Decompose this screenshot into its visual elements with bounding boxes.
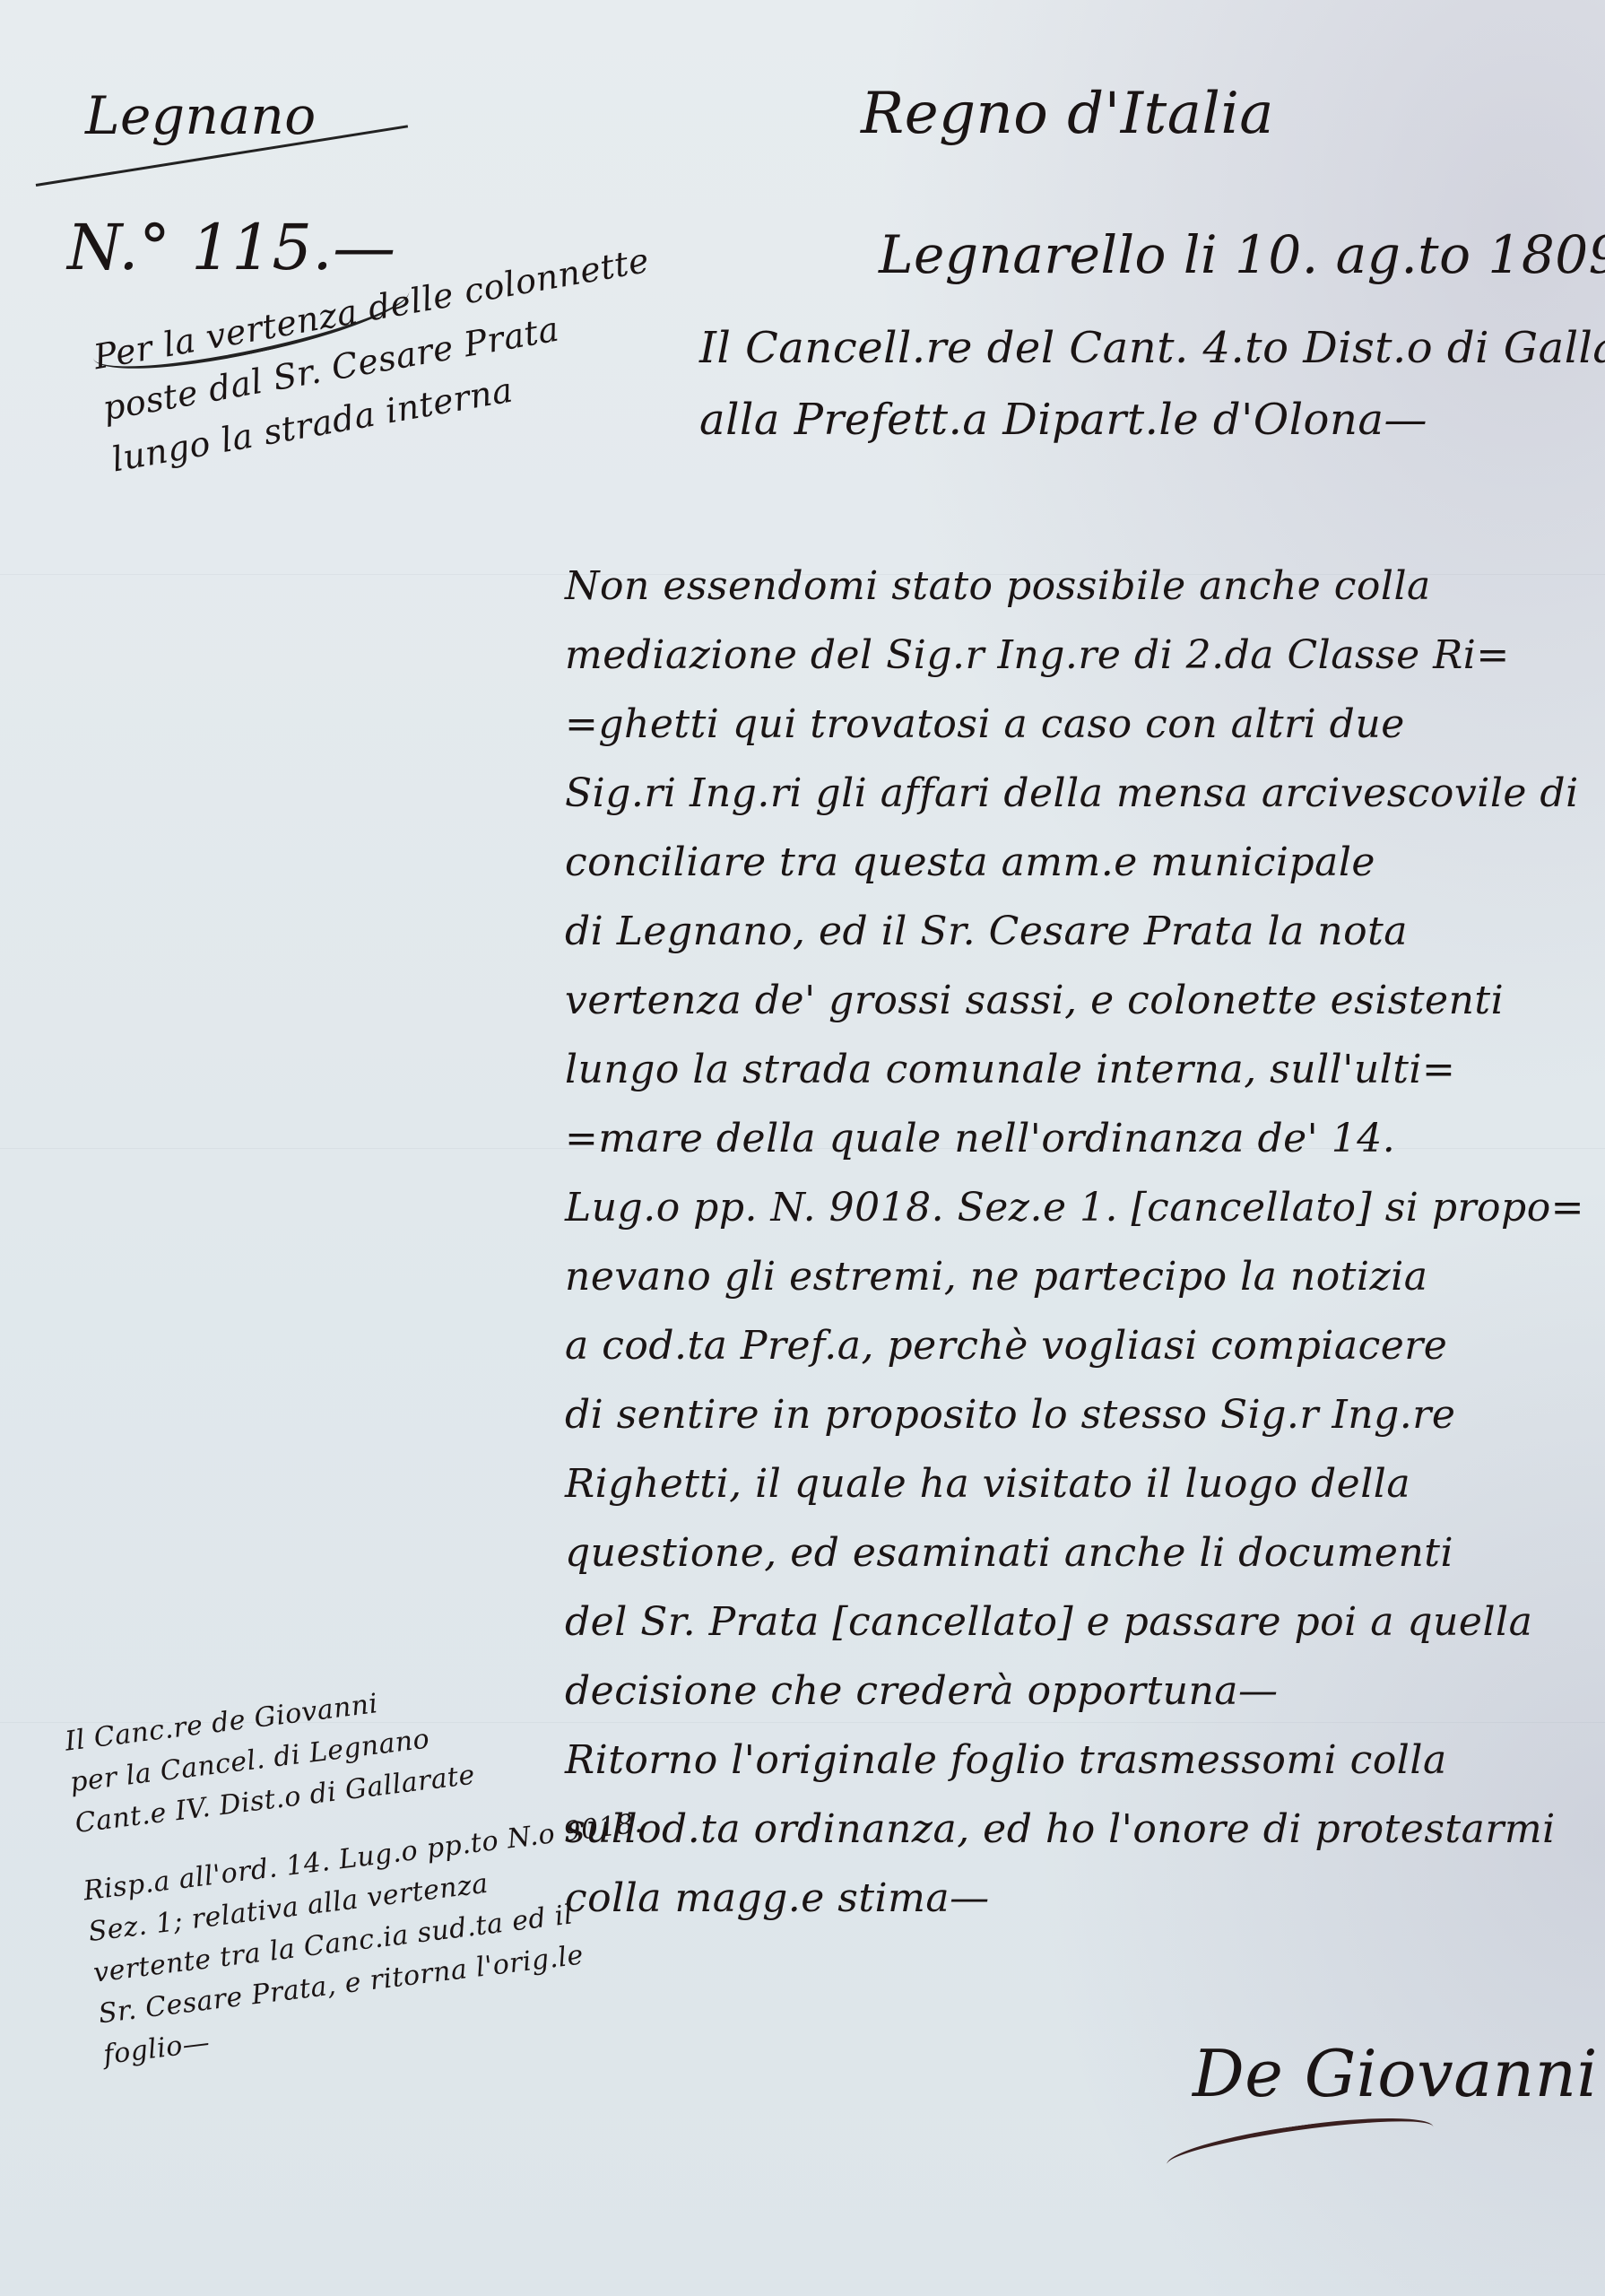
body-line: conciliare tra questa amm.e municipale [565,828,1569,897]
body-line: Righetti, il quale ha visitato il luogo … [565,1449,1569,1518]
body-line: sullod.ta ordinanza, ed ho l'onore di pr… [565,1795,1569,1864]
body-line: lungo la strada comunale interna, sull'u… [565,1035,1569,1104]
body-line: =mare della quale nell'ordinanza de' 14. [565,1104,1569,1173]
body-line: Sig.ri Ing.ri gli affari della mensa arc… [565,759,1569,828]
sender-line: Il Cancell.re del Cant. 4.to Dist.o di G… [699,323,1605,373]
body-line: colla magg.e stima— [565,1864,1569,1933]
signature: De Giovanni [1193,2036,1598,2111]
body-line: a cod.ta Pref.a, perchè vogliasi compiac… [565,1311,1569,1380]
body-line: mediazione del Sig.r Ing.re di 2.da Clas… [565,621,1569,690]
body-line: questione, ed esaminati anche li documen… [565,1518,1569,1587]
body-line: Lug.o pp. N. 9018. Sez.e 1. [cancellato]… [565,1173,1569,1242]
recipient-line: alla Prefett.a Dipart.le d'Olona— [699,395,1427,445]
signature-flourish [1164,2107,1436,2184]
place-date: Legnarello li 10. ag.to 1809 [879,224,1605,285]
body-line: Non essendomi stato possibile anche coll… [565,552,1569,621]
body-line: del Sr. Prata [cancellato] e passare poi… [565,1587,1569,1657]
letter-page: Legnano N.° 115.— Per la vertenza delle … [0,0,1605,2296]
letter-body: Non essendomi stato possibile anche coll… [565,552,1569,1933]
body-line: Ritorno l'originale foglio trasmessomi c… [565,1726,1569,1795]
protocol-number: N.° 115.— [67,211,396,284]
body-line: di sentire in proposito lo stesso Sig.r … [565,1380,1569,1449]
body-line: nevano gli estremi, ne partecipo la noti… [565,1242,1569,1311]
margin-note: Il Canc.re de Giovanni per la Cancel. di… [63,1653,665,2076]
body-line: =ghetti qui trovatosi a caso con altri d… [565,690,1569,759]
letter-heading: Regno d'Italia [861,81,1274,147]
body-line: di Legnano, ed il Sr. Cesare Prata la no… [565,897,1569,966]
body-line: vertenza de' grossi sassi, e colonette e… [565,966,1569,1035]
body-line: decisione che crederà opportuna— [565,1657,1569,1726]
margin-place-heading: Legnano [85,85,317,146]
